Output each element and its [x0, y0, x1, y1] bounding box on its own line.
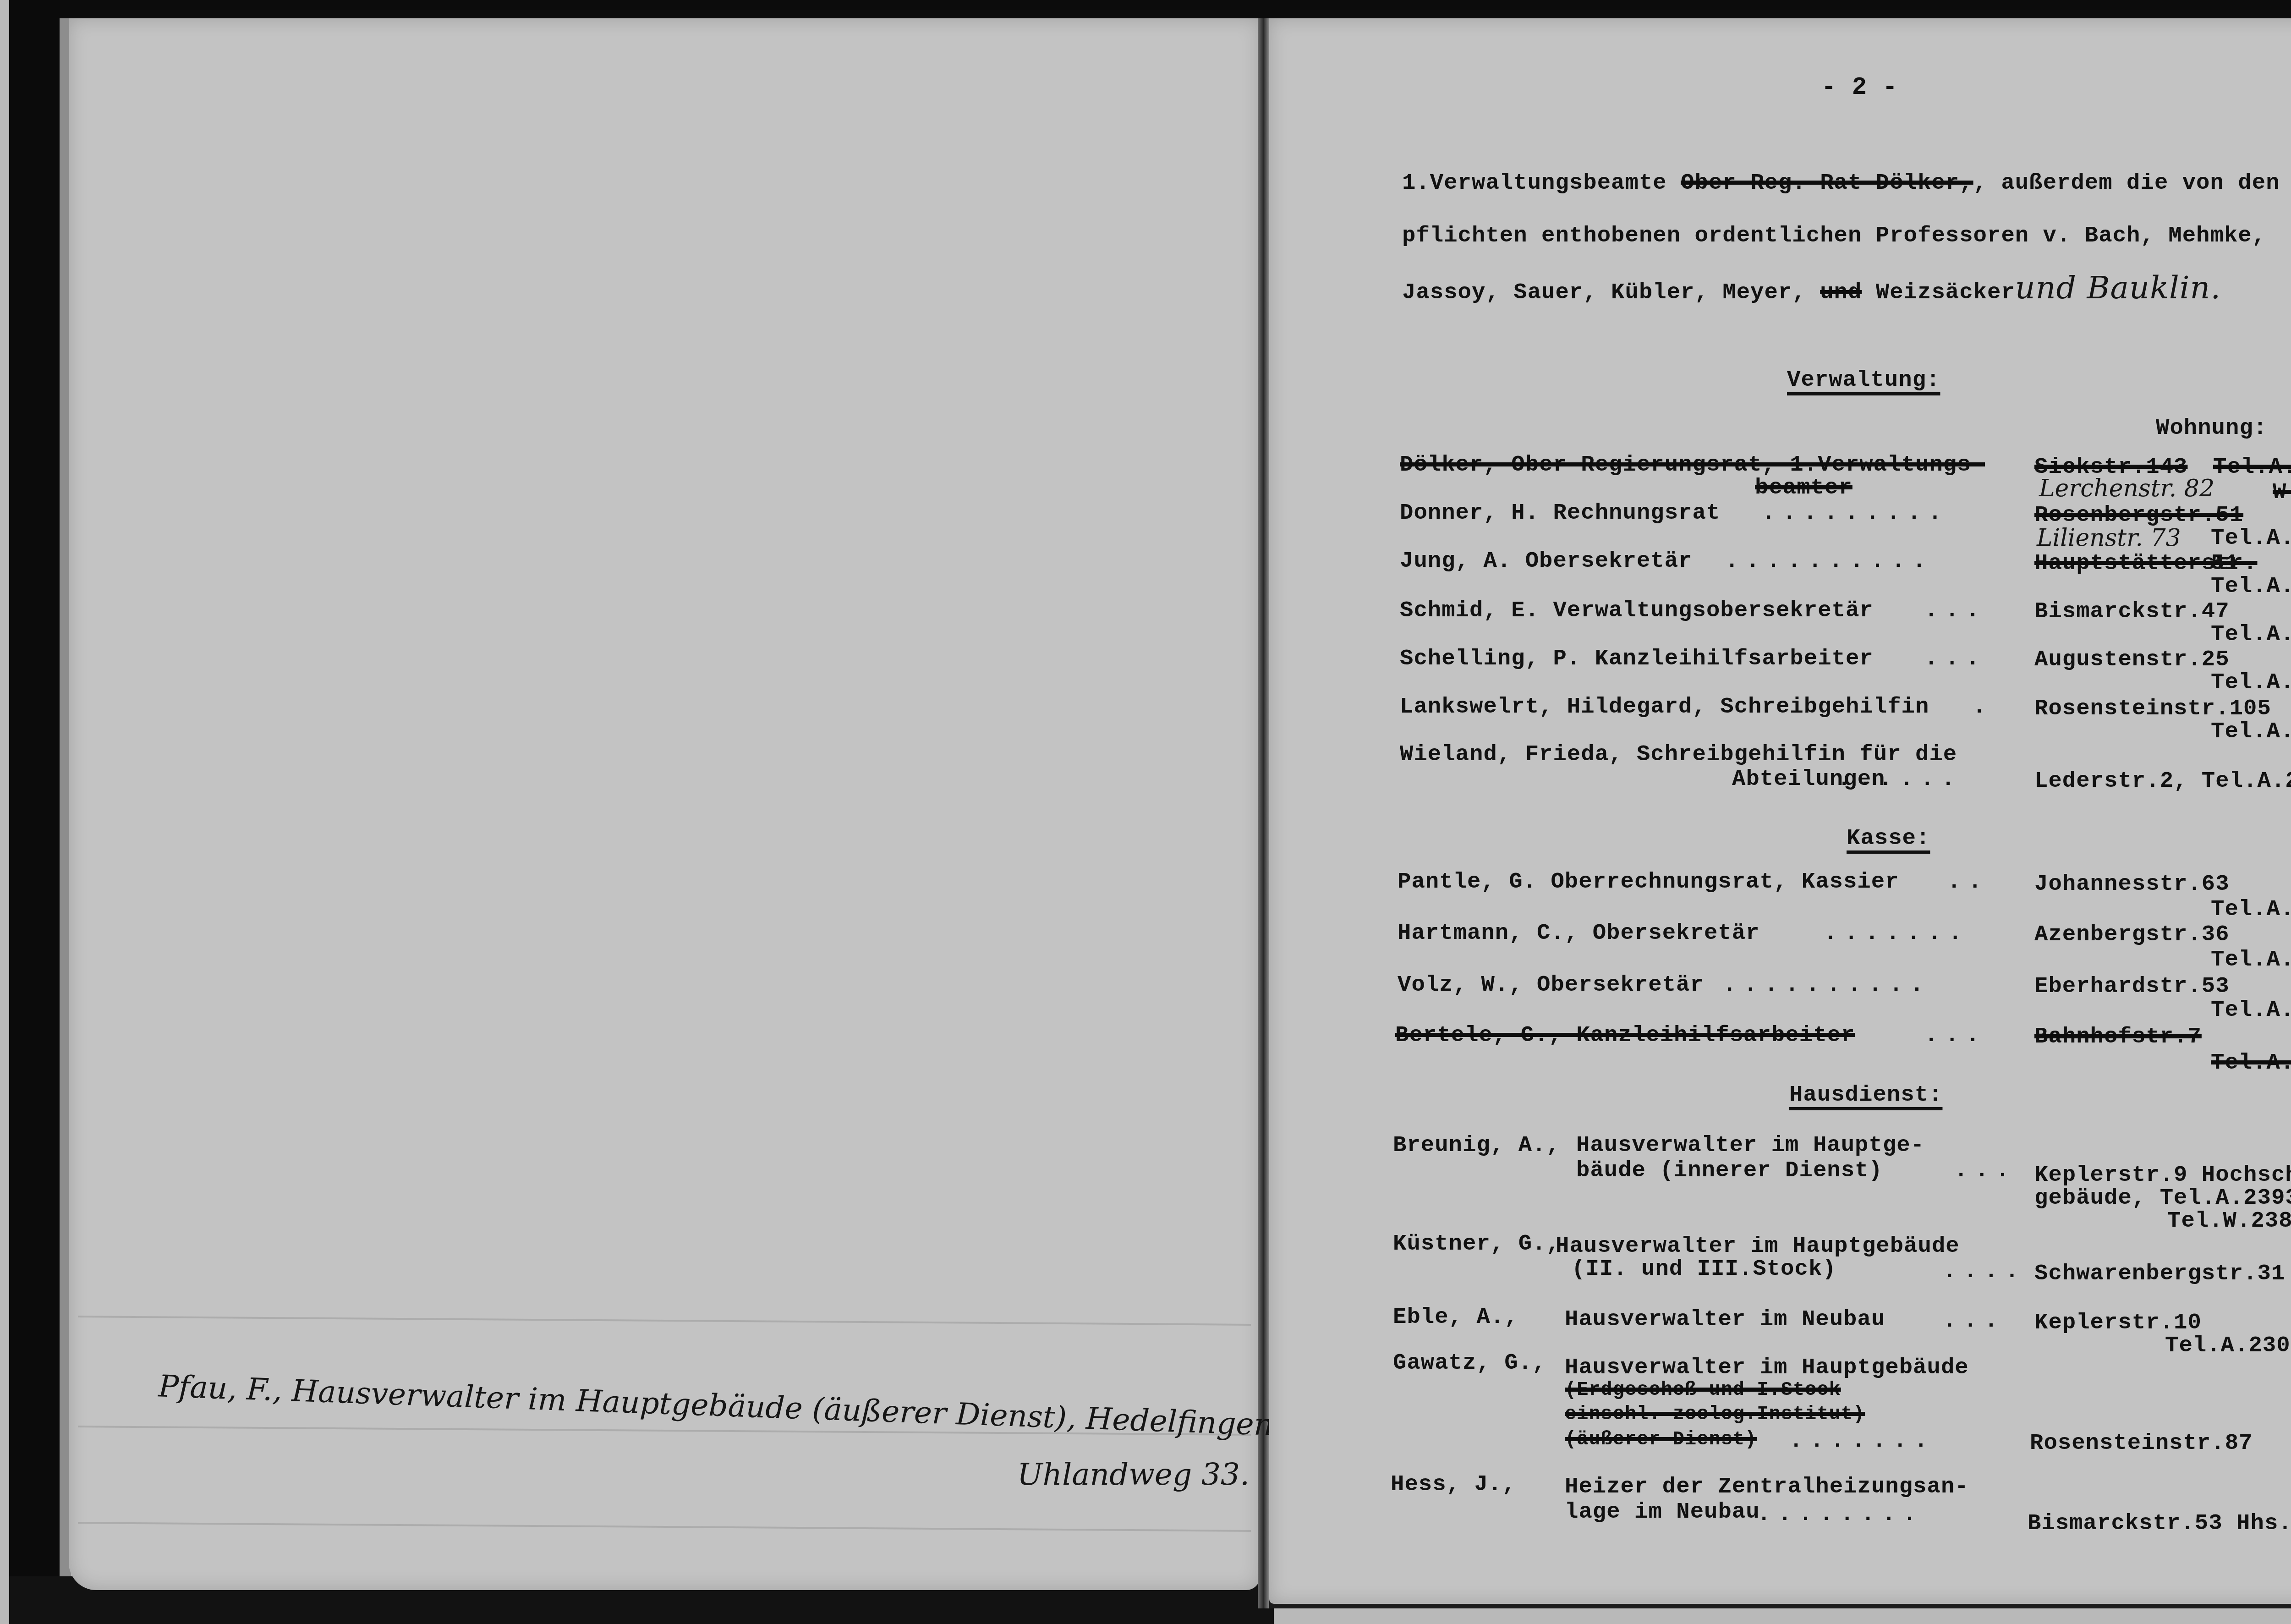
entry-volz-name: Volz, W., Obersekretär — [1398, 974, 1704, 996]
intro-prefix: 1.Verwaltungsbeamte — [1402, 170, 1667, 196]
intro-handwritten-addition: und Bauklin. — [2015, 270, 2221, 306]
intro-names: Jassoy, Sauer, Kübler, Meyer, — [1402, 280, 1806, 305]
entry-breunig-address-cont: gebäude, Tel.A.2393 — [2034, 1187, 2291, 1209]
section-heading-kasse: Kasse: — [1847, 827, 1930, 850]
entry-kuestner-address: Schwarenbergstr.31 — [2034, 1262, 2285, 1285]
entry-pantle-phone: Tel.A.2386 — [2211, 898, 2291, 921]
leader-dots: .......... — [1725, 550, 1933, 572]
entry-schelling-phone: Tel.A.2389 — [2211, 671, 2291, 694]
entry-hartmann-name: Hartmann, C., Obersekretär — [1398, 922, 1760, 944]
entry-gawatz-role-struck-1: (Erdgeschoß und I.Stock — [1565, 1380, 1841, 1399]
entry-hartmann-address: Azenbergstr.36 — [2034, 923, 2230, 946]
section-heading-verwaltung: Verwaltung: — [1787, 369, 1940, 391]
entry-hartmann-phone: Tel.A.2387 — [2211, 949, 2291, 971]
entry-hess-role: Heizer der Zentralheizungsan- — [1565, 1476, 1969, 1498]
column-header-residence: Wohnung: — [2156, 417, 2267, 439]
entry-gawatz-role-struck-3: (äußerer Dienst) — [1565, 1430, 1757, 1449]
entry-schmid-phone: Tel.A.2389 — [2211, 623, 2291, 646]
entry-bertele-address: Bahnhofstr.7 — [2034, 1026, 2202, 1048]
entry-doelker-new-address: Lerchenstr. 82 — [2039, 477, 2214, 500]
entry-donner-name: Donner, H. Rechnungsrat — [1400, 502, 1720, 524]
leader-dots: . — [1973, 696, 1993, 718]
entry-jung-address-number: 51 — [2211, 552, 2239, 575]
leader-dots: ... — [1954, 1159, 2017, 1182]
entry-eble-name: Eble, A., — [1393, 1306, 1518, 1328]
leader-dots: .... — [1943, 1260, 2026, 1283]
leader-dots: ....... — [1789, 1430, 1935, 1452]
entry-breunig-role-cont: bäude (innerer Dienst) — [1576, 1159, 1883, 1182]
leader-dots: .......... — [1723, 974, 1931, 996]
entry-schelling-address: Augustenstr.25 — [2034, 648, 2230, 671]
entry-kuestner-role: Hausverwalter im Hauptgebäude — [1556, 1235, 1960, 1257]
entry-pantle-address: Johannesstr.63 — [2034, 873, 2230, 895]
intro-line-1: 1.Verwaltungsbeamte Ober-Reg.-Rat Dölker… — [1402, 172, 2291, 194]
entry-gawatz-role: Hausverwalter im Hauptgebäude — [1565, 1356, 1969, 1379]
intro-struck-und: und — [1820, 280, 1862, 305]
entry-doelker-name: Dölker, Ober Regierungsrat, 1.Verwaltung… — [1400, 454, 1985, 476]
intro-line-2: pflichten enthobenen ordentlichen Profes… — [1402, 225, 2266, 247]
entry-eble-phone: Tel.A.2306 — [2165, 1334, 2291, 1357]
page-number: - 2 - — [1821, 76, 1898, 100]
entry-eble-role: Hausverwalter im Neubau — [1565, 1308, 1885, 1331]
entry-donner-old-address: Rosenbergstr.51 — [2034, 504, 2243, 527]
entry-gawatz-role-struck-2: einschl. zoolog.Institut) — [1565, 1405, 1865, 1424]
entry-schelling-name: Schelling, P. Kanzleihilfsarbeiter — [1400, 647, 1874, 670]
leader-dots: ...... — [1837, 768, 1962, 790]
leader-dots: ... — [1943, 1310, 2005, 1332]
entry-jung-phone: Tel.A.2392 — [2211, 575, 2291, 598]
entry-pantle-name: Pantle, G. Oberrechnungsrat, Kassier — [1398, 871, 1899, 893]
entry-hess-role-cont: lage im Neubau — [1565, 1501, 1760, 1523]
entry-eble-address: Keplerstr.10 — [2034, 1311, 2202, 1334]
margin-note-line2: Uhlandweg 33. — [1017, 1459, 1250, 1490]
entry-breunig-address: Keplerstr.9 Hochschul- — [2034, 1164, 2291, 1186]
entry-wieland-address: Lederstr.2, Tel.A.2388 — [2034, 770, 2291, 792]
entry-bertele-phone: Tel.A.2387 — [2211, 1052, 2291, 1074]
entry-donner-phone: Tel.A.2380 — [2211, 527, 2291, 549]
entry-schmid-name: Schmid, E. Verwaltungsobersekretär — [1400, 599, 1874, 622]
entry-hess-name: Hess, J., — [1391, 1473, 1516, 1496]
entry-volz-address: Eberhardstr.53 — [2034, 975, 2230, 998]
left-page — [69, 18, 1260, 1590]
entry-volz-phone: Tel.A.2387 — [2211, 999, 2291, 1021]
entry-gawatz-name: Gawatz, G., — [1393, 1352, 1546, 1374]
entry-breunig-role: Hausverwalter im Hauptge- — [1576, 1134, 1924, 1157]
binding-top-edge — [9, 0, 2291, 19]
intro-suffix: , außerdem die von den Amts- — [1973, 170, 2291, 196]
entry-kuestner-role-cont: (II. und III.Stock) — [1572, 1258, 1836, 1280]
leader-dots: ........ — [1757, 1503, 1924, 1525]
intro-struck-text: Ober-Reg.-Rat Dölker, — [1681, 170, 1973, 196]
entry-doelker-name-cont: beamter — [1755, 477, 1853, 499]
entry-lankswelrt-name: Lankswelrt, Hildegard, Schreibgehilfin — [1400, 696, 1929, 718]
entry-hess-address: Bismarckstr.53 Hhs. — [2028, 1512, 2291, 1535]
entry-breunig-phone: Tel.W.2384 — [2167, 1210, 2291, 1232]
leader-dots: ... — [1924, 647, 1987, 670]
entry-bertele-name: Bertele, G., Kanzleihilfsarbeiter — [1395, 1024, 1855, 1047]
entry-donner-new-address: Lilienstr. 73 — [2037, 526, 2181, 550]
entry-jung-name: Jung, A. Obersekretär — [1400, 550, 1693, 572]
entry-breunig-name: Breunig, A., — [1393, 1134, 1560, 1157]
entry-doelker-phone2: W.2301 — [2273, 481, 2291, 504]
intro-name-weizsaecker: Weizsäcker — [1876, 280, 2015, 305]
leader-dots: ......... — [1762, 502, 1949, 524]
entry-lankswelrt-phone: Tel.A.2388 — [2211, 720, 2291, 743]
leader-dots: ... — [1924, 599, 1987, 622]
entry-doelker-phone: Tel.A.2300 — [2213, 456, 2291, 478]
intro-line-3: Jassoy, Sauer, Kübler, Meyer, und Weizsä… — [1402, 273, 2221, 304]
leader-dots: .. — [1947, 871, 1989, 893]
leader-dots: ... — [1924, 1024, 1987, 1047]
entry-lankswelrt-address: Rosensteinstr.105 — [2034, 697, 2271, 720]
entry-gawatz-address: Rosensteinstr.87 — [2030, 1432, 2253, 1454]
entry-wieland-name: Wieland, Frieda, Schreibgehilfin für die — [1400, 743, 1957, 766]
section-heading-hausdienst: Hausdienst: — [1789, 1084, 1942, 1106]
page-gutter — [1258, 18, 1269, 1608]
entry-kuestner-name: Küstner, G., — [1393, 1233, 1560, 1255]
leader-dots: ....... — [1824, 922, 1969, 944]
entry-schmid-address: Bismarckstr.47 — [2034, 600, 2230, 623]
book-spine — [9, 0, 60, 1624]
